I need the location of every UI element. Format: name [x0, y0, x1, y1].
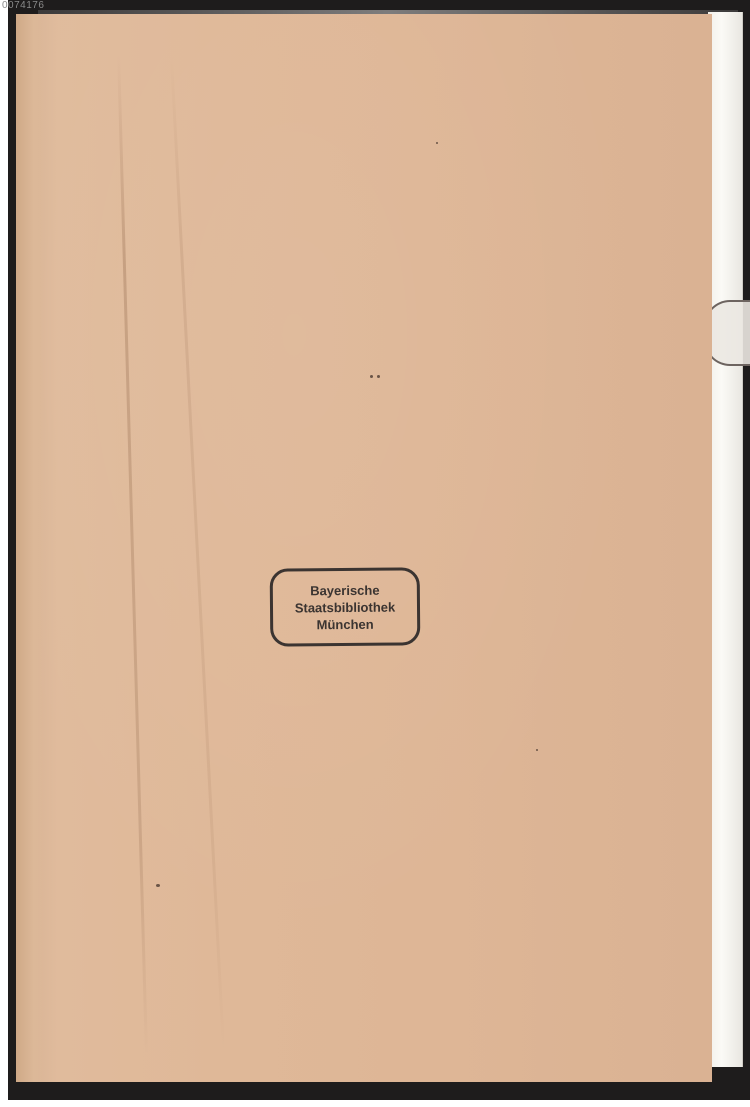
paper-speck [156, 884, 160, 887]
page-crease [117, 54, 148, 1054]
scan-id-label: 0074176 [2, 0, 44, 11]
paper-speck [536, 749, 538, 751]
worn-page-edge [16, 14, 46, 1082]
white-end-leaf [708, 12, 743, 1067]
library-stamp: Bayerische Staatsbibliothek München [270, 567, 421, 646]
paper-speck [436, 142, 438, 144]
paper-speck [377, 375, 380, 378]
stamp-line-3: München [317, 615, 374, 632]
blank-endpaper-page [16, 14, 712, 1082]
page-crease [170, 55, 225, 1054]
stamp-line-2: Staatsbibliothek [295, 598, 396, 616]
stamp-line-1: Bayerische [310, 581, 380, 599]
paper-speck [370, 375, 373, 378]
